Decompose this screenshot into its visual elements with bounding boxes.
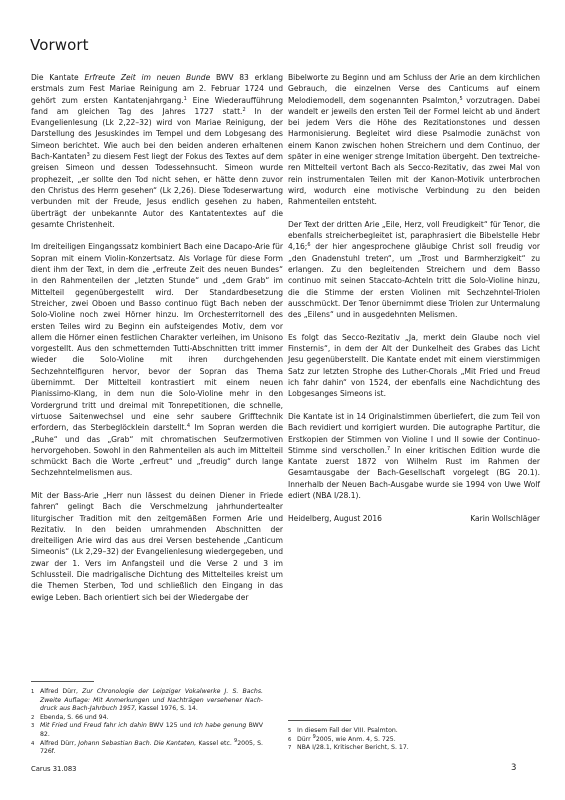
footnotes-right: 5In diesem Fall der VIII. Psalmton.6Dürr… — [288, 727, 528, 753]
paragraph-bass-aria: Mit der Bass-Arie „Herr nun lässest du d… — [31, 490, 283, 603]
footnote-ref: 9 — [313, 734, 316, 740]
footnote-divider-left — [31, 681, 94, 682]
signature: Heidelberg, August 2016 Karin Wollschläg… — [288, 513, 540, 524]
footnote-divider-right — [288, 720, 351, 721]
footnote-text: Dürr 92005, wie Anm. 4, S. 725. — [297, 736, 528, 745]
footnote-number: 5 — [288, 727, 297, 736]
footnote-text: Alfred Dürr, Johann Sebastian Bach. Die … — [40, 740, 263, 757]
footnotes-left: 1Alfred Dürr, Zur Chronologie der Leipzi… — [31, 688, 263, 757]
paragraph-opening-movement: Im dreiteiligen Eingangssatz kombiniert … — [31, 241, 283, 478]
footnote-ref: 7 — [387, 446, 390, 452]
footnote-number: 7 — [288, 744, 297, 753]
footnote-4: 4Alfred Dürr, Johann Sebastian Bach. Die… — [31, 740, 263, 757]
paragraph-intro: Die Kantate Erfreute Zeit im neuen Bunde… — [31, 72, 283, 230]
footnote-text: Mit Fried und Freud fahr ich dahin BWV 1… — [40, 722, 263, 739]
footnote-1: 1Alfred Dürr, Zur Chronologie der Leipzi… — [31, 688, 263, 714]
page-number: 3 — [511, 763, 516, 773]
catalog-number: Carus 31.083 — [31, 765, 77, 773]
footnote-ref: 9 — [234, 738, 237, 744]
footnote-ref: 5 — [459, 96, 462, 102]
footnote-6: 6Dürr 92005, wie Anm. 4, S. 725. — [288, 736, 528, 745]
footnote-ref: 2 — [242, 107, 245, 113]
footnote-ref: 4 — [187, 423, 190, 429]
footnote-text: NBA I/28.1, Kritischer Bericht, S. 17. — [297, 744, 528, 753]
footnote-5: 5In diesem Fall der VIII. Psalmton. — [288, 727, 528, 736]
footnote-7: 7NBA I/28.1, Kritischer Bericht, S. 17. — [288, 744, 528, 753]
paragraph-tenor-aria: Der Text der dritten Arie „Eile, Herz, v… — [288, 219, 540, 321]
footnote-text: In diesem Fall der VIII. Psalmton. — [297, 727, 528, 736]
footnote-number: 2 — [31, 714, 40, 723]
footnote-number: 3 — [31, 722, 40, 739]
paragraph-sources: Die Kantate ist in 14 Originalstimmen üb… — [288, 411, 540, 501]
paragraph-psalmton: Bibelworte zu Beginn und am Schluss der … — [288, 72, 540, 208]
page-title: Vorwort — [30, 36, 89, 54]
footnote-ref: 6 — [307, 242, 310, 248]
signature-place-date: Heidelberg, August 2016 — [288, 513, 382, 524]
footnote-3: 3Mit Fried und Freud fahr ich dahin BWV … — [31, 722, 263, 739]
footnote-ref: 3 — [87, 152, 90, 158]
signature-author: Karin Wollschläger — [470, 513, 540, 524]
footnote-number: 4 — [31, 740, 40, 757]
footnote-text: Alfred Dürr, Zur Chronologie der Leipzig… — [40, 688, 263, 714]
footnote-number: 6 — [288, 736, 297, 745]
footnote-number: 1 — [31, 688, 40, 714]
paragraph-recitative-chorale: Es folgt das Secco-Rezitativ „Ja, merkt … — [288, 332, 540, 400]
footnote-ref: 1 — [184, 96, 187, 102]
right-column: Bibelworte zu Beginn und am Schluss der … — [288, 72, 540, 524]
left-column: Die Kantate Erfreute Zeit im neuen Bunde… — [31, 72, 283, 603]
